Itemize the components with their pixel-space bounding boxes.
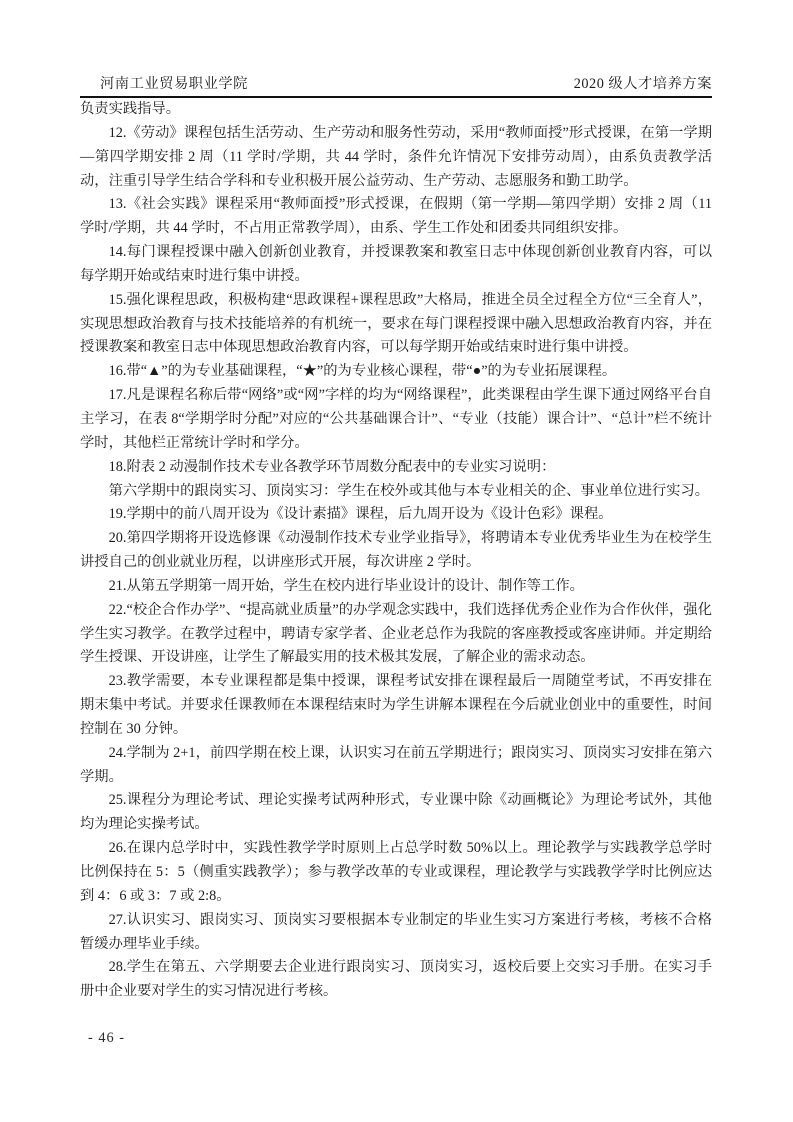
paragraph-item-18-note: 第六学期中的跟岗实习、顶岗实习：学生在校外或其他与本专业相关的企、事业单位进行实…	[80, 480, 712, 504]
paragraph-item-15: 15.强化课程思政，积极构建“思政课程+课程思政”大格局，推进全员全过程全方位“…	[80, 289, 712, 361]
paragraph-item-25: 25.课程分为理论考试、理论实操考试两种形式，专业课中除《动画概论》为理论考试外…	[80, 789, 712, 837]
paragraph-item-17: 17.凡是课程名称后带“网络”或“网”字样的均为“网络课程”，此类课程由学生课下…	[80, 384, 712, 456]
paragraph-item-21: 21.从第五学期第一周开始，学生在校内进行毕业设计的设计、制作等工作。	[80, 575, 712, 599]
paragraph-item-18: 18.附表 2 动漫制作技术专业各教学环节周数分配表中的专业实习说明：	[80, 456, 712, 480]
paragraph-item-27: 27.认识实习、跟岗实习、顶岗实习要根据本专业制定的毕业生实习方案进行考核，考核…	[80, 909, 712, 957]
paragraph-item-12: 12.《劳动》课程包括生活劳动、生产劳动和服务性劳动，采用“教师面授”形式授课，…	[80, 122, 712, 194]
paragraph-continuation: 负责实践指导。	[80, 98, 712, 122]
header-school-name: 河南工业贸易职业学院	[80, 76, 248, 93]
paragraph-item-16: 16.带“▲”的为专业基础课程，“★”的为专业核心课程，带“●”的为专业拓展课程…	[80, 360, 712, 384]
page-number: - 46 -	[88, 1030, 125, 1047]
paragraph-item-26: 26.在课内总学时中，实践性教学学时原则上占总学时数 50%以上。理论教学与实践…	[80, 837, 712, 909]
paragraph-item-28: 28.学生在第五、六学期要去企业进行跟岗实习、顶岗实习，返校后要上交实习手册。在…	[80, 956, 712, 1004]
paragraph-item-13: 13.《社会实践》课程采用“教师面授”形式授课，在假期（第一学期—第四学期）安排…	[80, 193, 712, 241]
paragraph-item-23: 23.教学需要，本专业课程都是集中授课，课程考试安排在课程最后一周随堂考试，不再…	[80, 670, 712, 742]
paragraph-item-14: 14.每门课程授课中融入创新创业教育，并授课教案和教室日志中体现创新创业教育内容…	[80, 241, 712, 289]
document-body: 负责实践指导。 12.《劳动》课程包括生活劳动、生产劳动和服务性劳动，采用“教师…	[80, 98, 712, 1004]
paragraph-item-22: 22.“校企合作办学”、“提高就业质量”的办学观念实践中，我们选择优秀企业作为合…	[80, 599, 712, 671]
paragraph-item-24: 24.学制为 2+1，前四学期在校上课，认识实习在前五学期进行；跟岗实习、顶岗实…	[80, 742, 712, 790]
paragraph-item-19: 19.学期中的前八周开设为《设计素描》课程，后九周开设为《设计色彩》课程。	[80, 503, 712, 527]
paragraph-item-20: 20.第四学期将开设选修课《动漫制作技术专业学业指导》，将聘请本专业优秀毕业生为…	[80, 527, 712, 575]
document-page: 河南工业贸易职业学院 2020 级人才培养方案 负责实践指导。 12.《劳动》课…	[0, 0, 793, 1122]
page-header: 河南工业贸易职业学院 2020 级人才培养方案	[80, 76, 712, 98]
header-document-title: 2020 级人才培养方案	[574, 76, 712, 93]
